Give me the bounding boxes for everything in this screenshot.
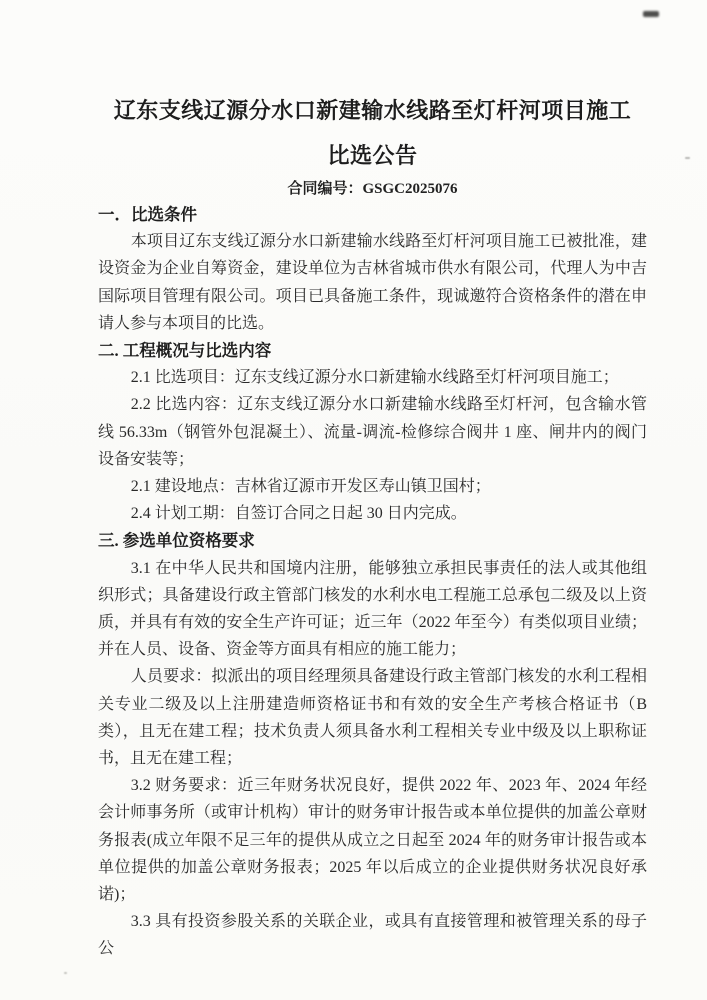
section-qualification-requirements: 三. 参选单位资格要求 3.1 在中华人民共和国境内注册，能够独立承担民事责任的…: [98, 527, 647, 962]
section-3-heading: 三. 参选单位资格要求: [98, 527, 647, 554]
section-3-paragraph-4: 3.3 具有投资参股关系的关联企业，或具有直接管理和被管理关系的母子公: [98, 908, 647, 962]
contract-number: 合同编号：GSGC2025076: [98, 178, 647, 201]
section-3-paragraph-1: 3.1 在中华人民共和国境内注册，能够独立承担民事责任的法人或其他组织形式；具备…: [98, 555, 647, 664]
section-project-overview: 二. 工程概况与比选内容 2.1 比选项目：辽东支线辽源分水口新建输水线路至灯杆…: [98, 337, 647, 527]
section-3-paragraph-3: 3.2 财务要求：近三年财务状况良好，提供 2022 年、2023 年、2024…: [98, 772, 647, 908]
document-content: 辽东支线辽源分水口新建输水线路至灯杆河项目施工 比选公告 合同编号：GSGC20…: [98, 0, 647, 963]
section-2-paragraph-3: 2.1 建设地点：吉林省辽源市开发区寿山镇卫国村；: [98, 473, 647, 500]
section-2-paragraph-2: 2.2 比选内容：辽东支线辽源分水口新建输水线路至灯杆河，包含输水管线 56.3…: [98, 391, 647, 473]
document-title: 辽东支线辽源分水口新建输水线路至灯杆河项目施工 比选公告: [98, 0, 647, 178]
section-2-paragraph-4: 2.4 计划工期：自签订合同之日起 30 日内完成。: [98, 500, 647, 527]
section-1-heading: 一．比选条件: [98, 201, 647, 228]
scan-speck-right-edge: [685, 157, 690, 159]
scanned-document-page: 辽东支线辽源分水口新建输水线路至灯杆河项目施工 比选公告 合同编号：GSGC20…: [0, 0, 707, 1000]
scan-speck-bottom-left: [64, 972, 67, 974]
document-body: 一．比选条件 本项目辽东支线辽源分水口新建输水线路至灯杆河项目施工已被批准，建设…: [98, 201, 647, 963]
section-2-heading: 二. 工程概况与比选内容: [98, 337, 647, 364]
document-title-line-2: 比选公告: [98, 133, 647, 178]
section-2-paragraph-1: 2.1 比选项目：辽东支线辽源分水口新建输水线路至灯杆河项目施工；: [98, 364, 647, 391]
section-3-paragraph-2: 人员要求：拟派出的项目经理须具备建设行政主管部门核发的水利工程相关专业二级及以上…: [98, 663, 647, 772]
document-title-line-1: 辽东支线辽源分水口新建输水线路至灯杆河项目施工: [98, 88, 647, 133]
section-1-paragraph-1: 本项目辽东支线辽源分水口新建输水线路至灯杆河项目施工已被批准，建设资金为企业自筹…: [98, 228, 647, 337]
section-bidding-conditions: 一．比选条件 本项目辽东支线辽源分水口新建输水线路至灯杆河项目施工已被批准，建设…: [98, 201, 647, 337]
